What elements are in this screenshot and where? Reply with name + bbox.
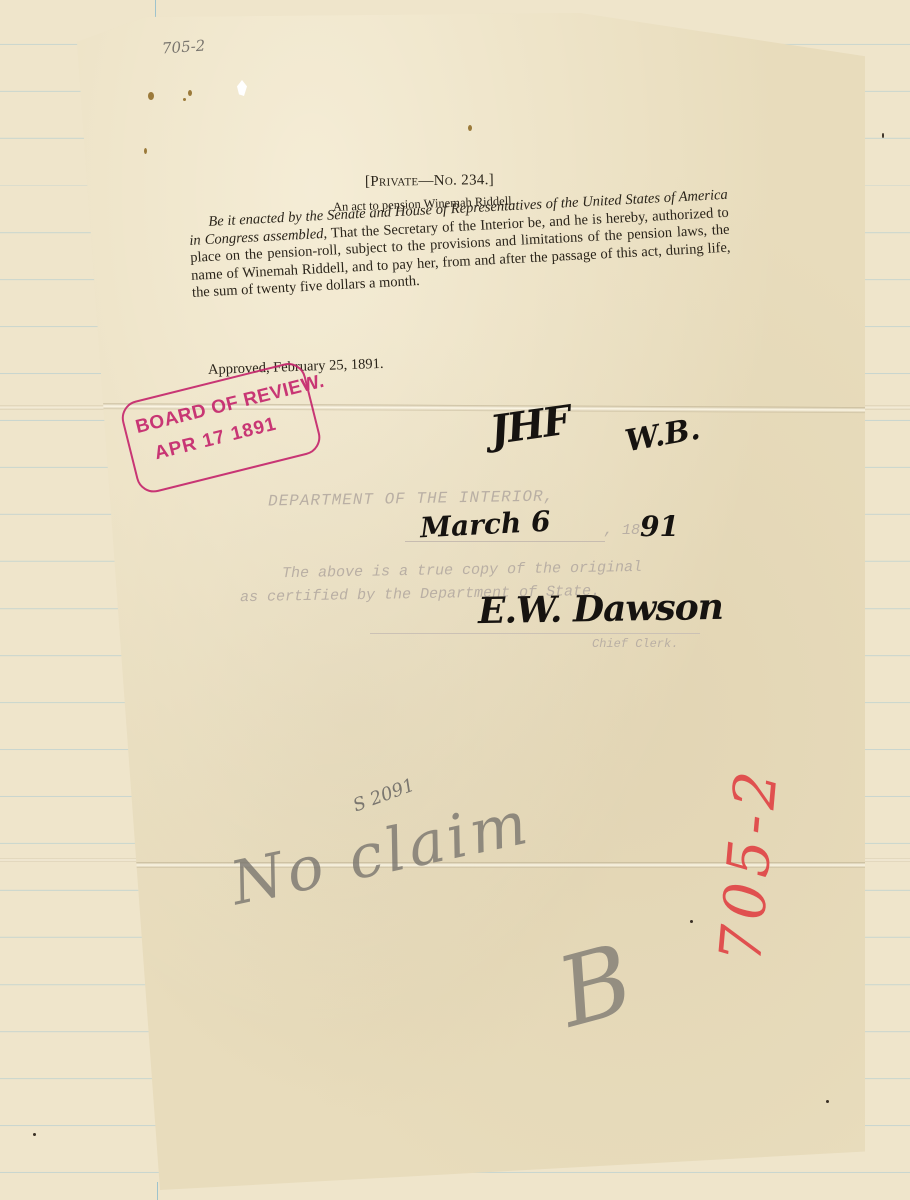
pencil-top-reference: 705-2 [161,37,205,58]
printed-year-prefix: , 18 [604,522,640,539]
law-number: 234. [461,172,489,188]
dust-speck [33,1133,36,1136]
private-law-number: [Private—No. 234.] [365,172,494,191]
handwritten-year: 91 [640,510,679,543]
signature-underline [370,633,700,634]
handwritten-date: March 6 [419,505,551,545]
rust-stain [188,90,192,96]
rust-stain [144,148,147,154]
backing-margin-line-bottom [157,1182,158,1200]
no-label: No. [434,173,458,189]
dust-speck [882,133,884,138]
rust-stain [183,98,186,101]
private-label: Private [370,173,418,190]
rust-stain [468,125,472,131]
rust-stain [148,92,154,100]
dust-speck [690,920,693,923]
dust-speck [826,1100,829,1103]
clerk-signature: E.W. Dawson [478,586,724,632]
chief-clerk-title: Chief Clerk. [592,637,678,651]
